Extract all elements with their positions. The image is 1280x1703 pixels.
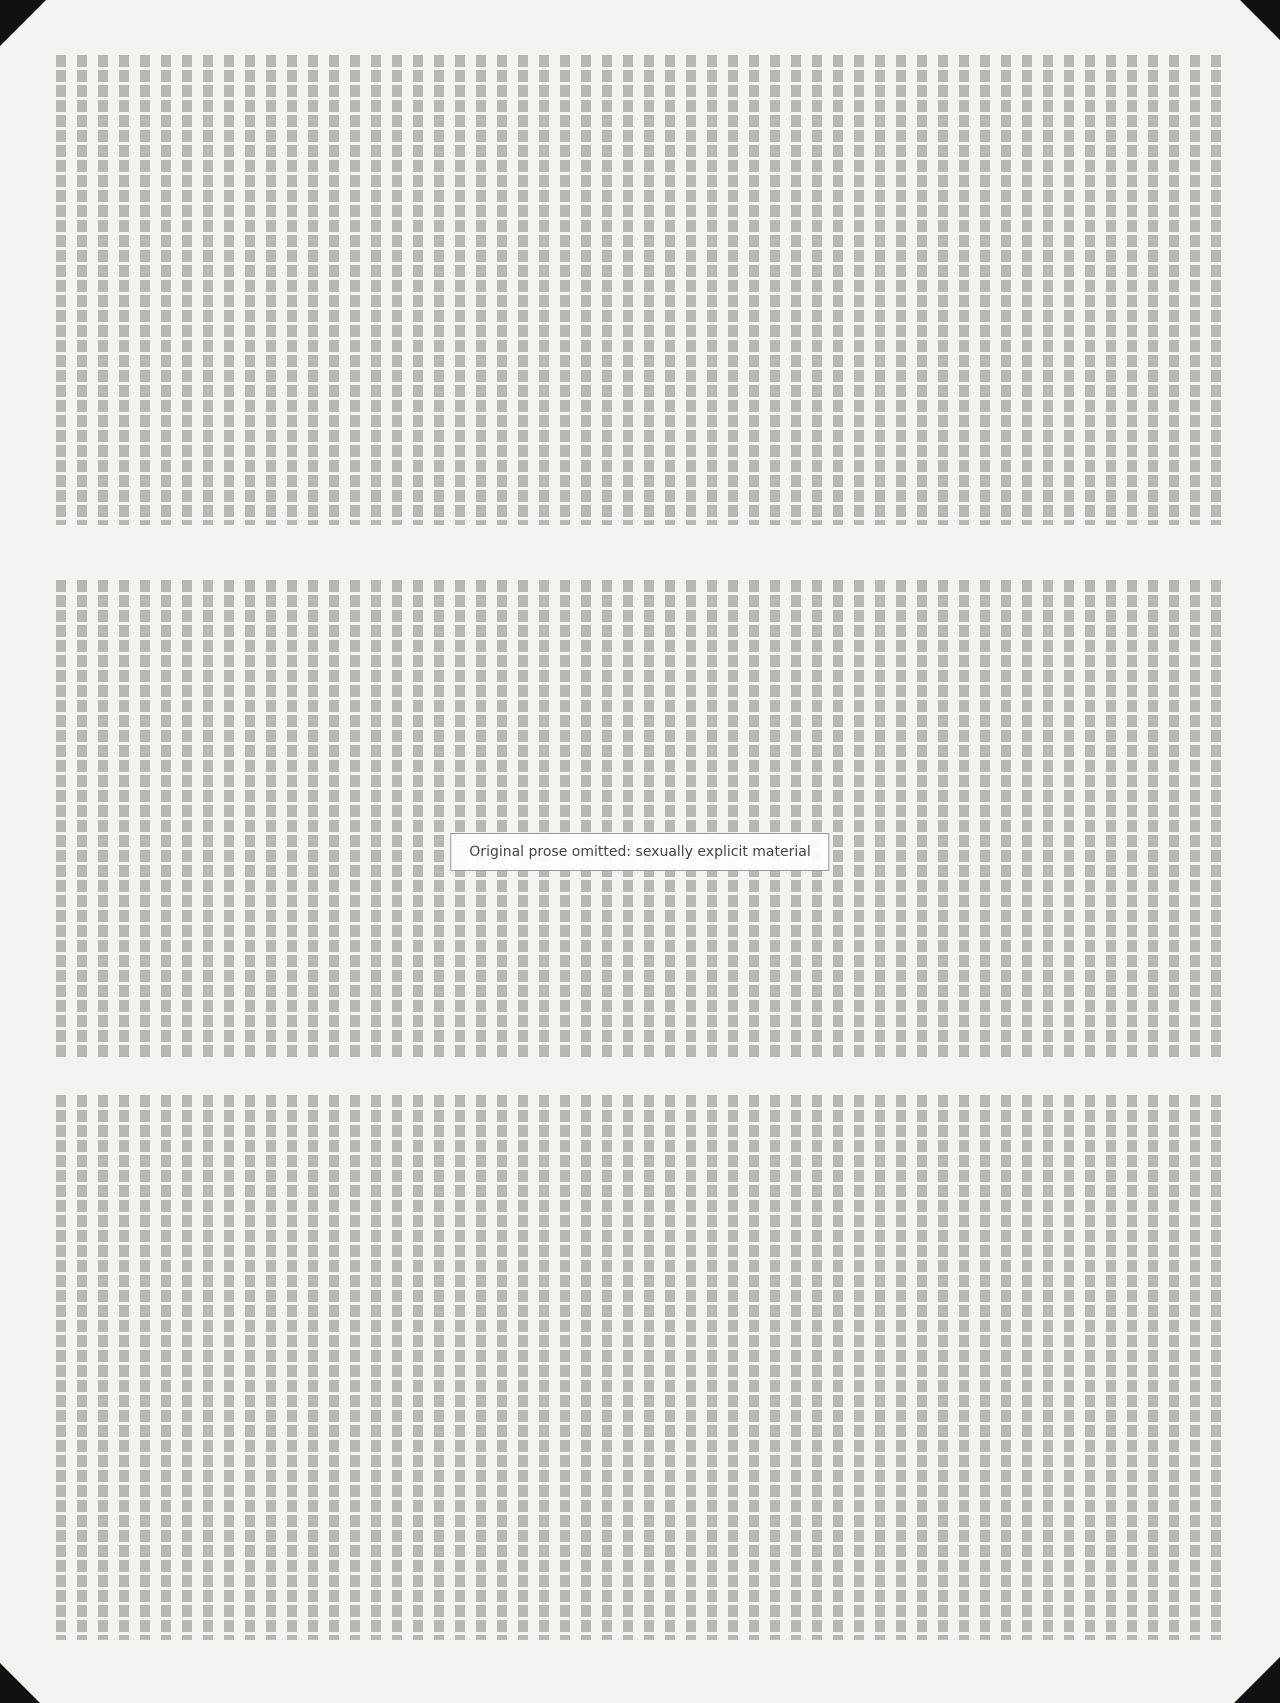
- scan-corner-artifact: [0, 1663, 40, 1703]
- scanned-page: Original prose omitted: sexually explici…: [0, 0, 1280, 1703]
- scan-corner-artifact: [1240, 0, 1280, 40]
- text-block-middle: [55, 580, 1225, 1060]
- redacted-text: [55, 1095, 1225, 1640]
- redacted-text: [55, 580, 1225, 1060]
- text-block-bottom: [55, 1095, 1225, 1640]
- redacted-text: [55, 55, 1225, 525]
- text-block-top: [55, 55, 1225, 525]
- redaction-notice: Original prose omitted: sexually explici…: [450, 833, 829, 871]
